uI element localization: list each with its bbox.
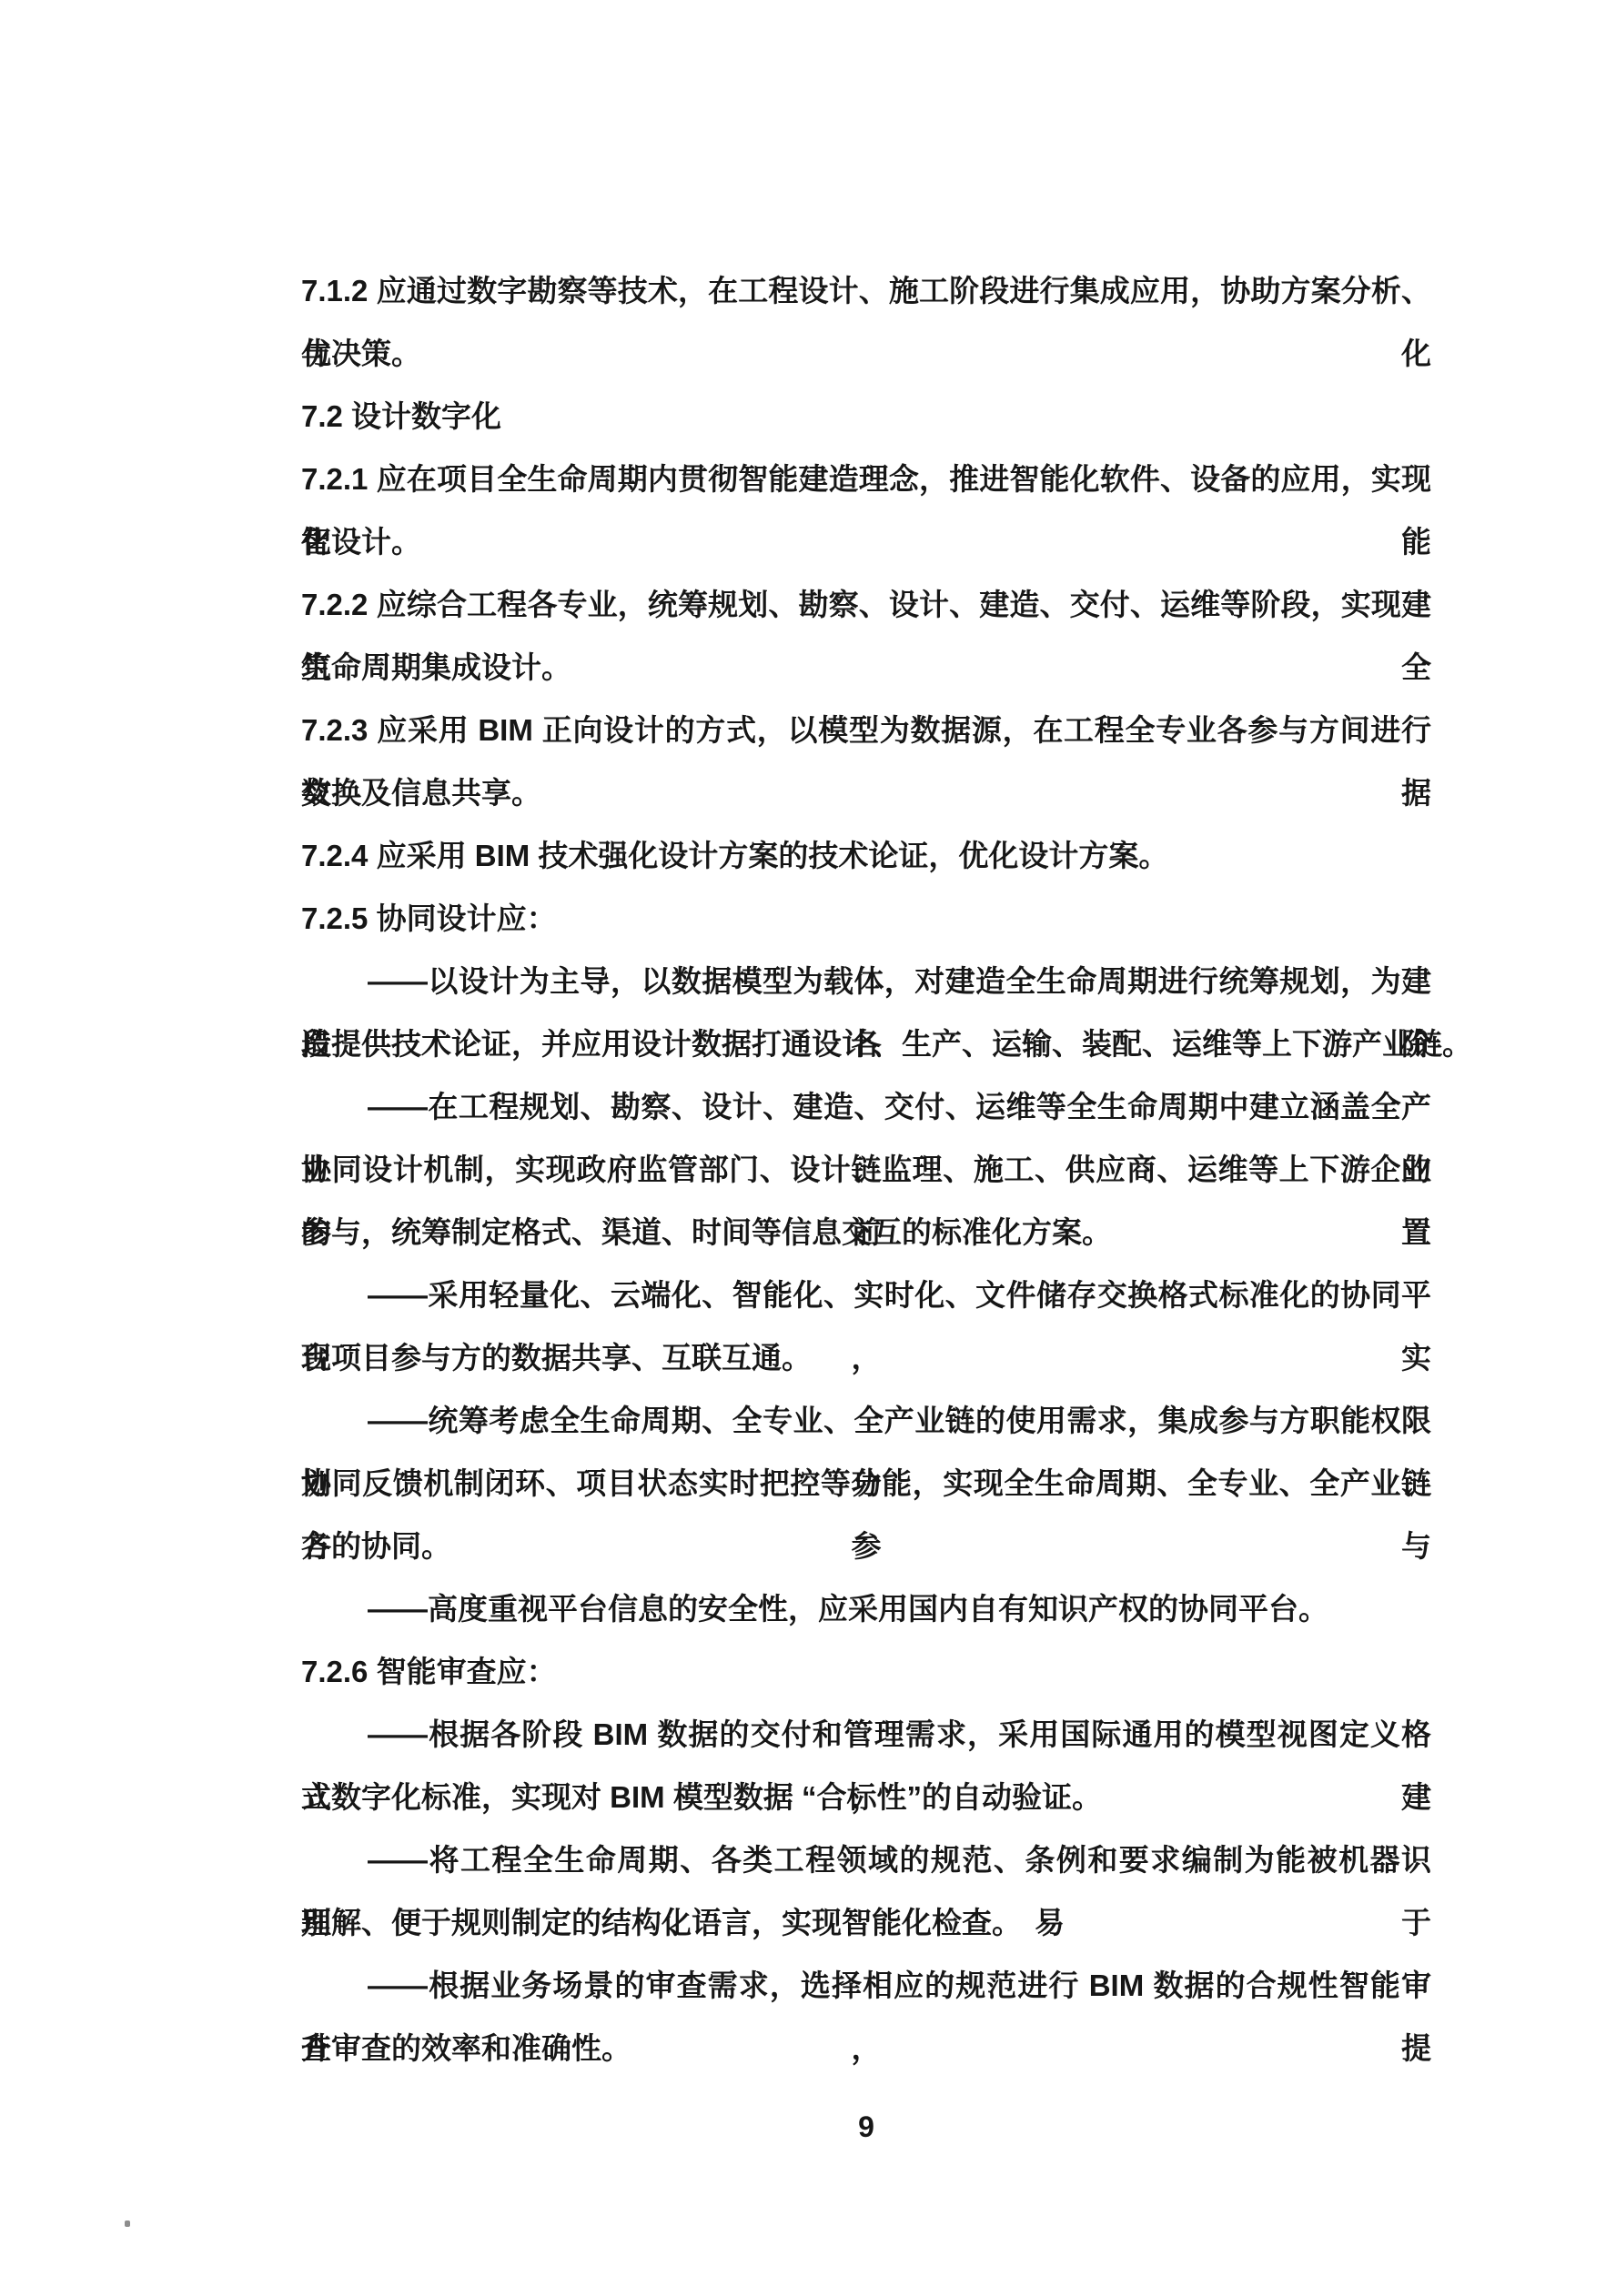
text-line-continuation: 协同反馈机制闭环、项目状态实时把控等功能，实现全生命周期、全专业、全产业链各参与 [301,1452,1431,1515]
document-page: 7.1.2 应通过数字勘察等技术，在工程设计、施工阶段进行集成应用，协助方案分析… [0,0,1616,2296]
text-line-clause: 7.2.5 协同设计应： [301,887,1431,950]
text-line-bullet: ——根据业务场景的审查需求，选择相应的规范进行 BIM 数据的合规性智能审查，提 [301,1954,1431,2017]
text-line-clause: 7.2.6 智能审查应： [301,1640,1431,1703]
text-line-bullet: ——高度重视平台信息的安全性，应采用国内自有知识产权的协同平台。 [301,1577,1431,1640]
text-line-clause: 7.2.4 应采用 BIM 技术强化设计方案的技术论证，优化设计方案。 [301,824,1431,887]
scan-speck-artifact [125,2220,130,2227]
text-line-bullet: ——以设计为主导，以数据模型为载体，对建造全生命周期进行统筹规划，为建造各阶 [301,950,1431,1012]
page-number: 9 [301,2104,1431,2150]
text-line-clause: 7.2.3 应采用 BIM 正向设计的方式，以模型为数据源，在工程全专业各参与方… [301,699,1431,761]
text-line-heading: 7.2 设计数字化 [301,385,1431,448]
text-line-bullet: ——在工程规划、勘察、设计、建造、交付、运维等全生命周期中建立涵盖全产业链的 [301,1075,1431,1138]
text-content: 7.1.2 应通过数字勘察等技术，在工程设计、施工阶段进行集成应用，协助方案分析… [301,259,1431,2079]
text-line-bullet: ——将工程全生命周期、各类工程领域的规范、条例和要求编制为能被机器识别、易于 [301,1828,1431,1891]
text-line-clause: 7.1.2 应通过数字勘察等技术，在工程设计、施工阶段进行集成应用，协助方案分析… [301,259,1431,322]
text-line-continuation: 段提供技术论证，并应用设计数据打通设计、生产、运输、装配、运维等上下游产业链。 [301,1012,1431,1075]
text-line-bullet: ——采用轻量化、云端化、智能化、实时化、文件储存交换格式标准化的协同平台，实 [301,1264,1431,1326]
text-line-clause: 7.2.1 应在项目全生命周期内贯彻智能建造理念，推进智能化软件、设备的应用，实… [301,448,1431,510]
text-line-continuation: 协同设计机制，实现政府监管部门、设计、监理、施工、供应商、运维等上下游企业的前置 [301,1138,1431,1201]
text-line-bullet: ——统筹考虑全生命周期、全专业、全产业链的使用需求，集成参与方职能权限划分、 [301,1389,1431,1452]
text-line-clause: 7.2.2 应综合工程各专业，统筹规划、勘察、设计、建造、交付、运维等阶段，实现… [301,573,1431,636]
text-line-bullet: ——根据各阶段 BIM 数据的交付和管理需求，采用国际通用的模型视图定义格式，建 [301,1703,1431,1766]
